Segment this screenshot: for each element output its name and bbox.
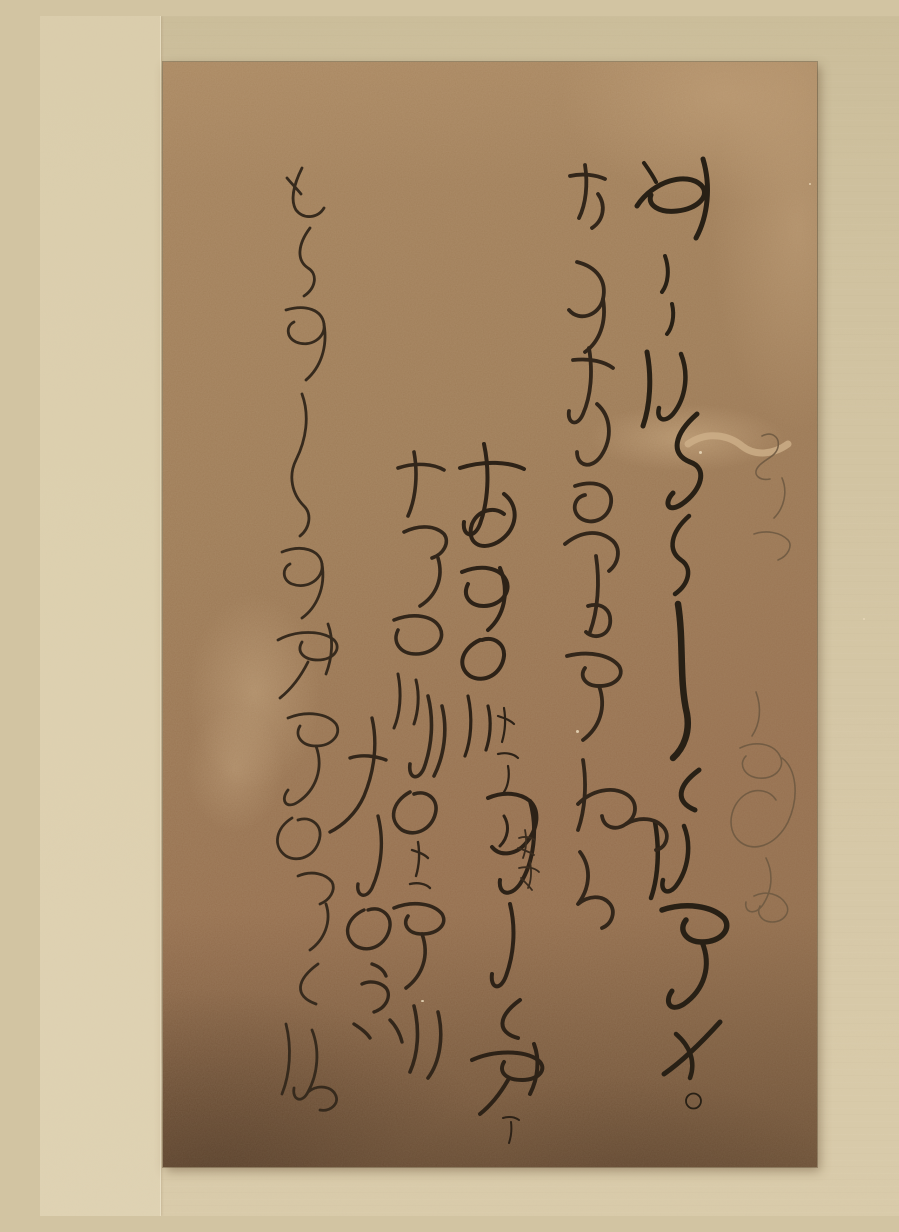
mount-grain <box>40 16 899 1216</box>
calligraphy-svg <box>40 16 899 1216</box>
artwork-photo: Calligraphy fragment: cursive Japanese k… <box>40 16 899 1216</box>
